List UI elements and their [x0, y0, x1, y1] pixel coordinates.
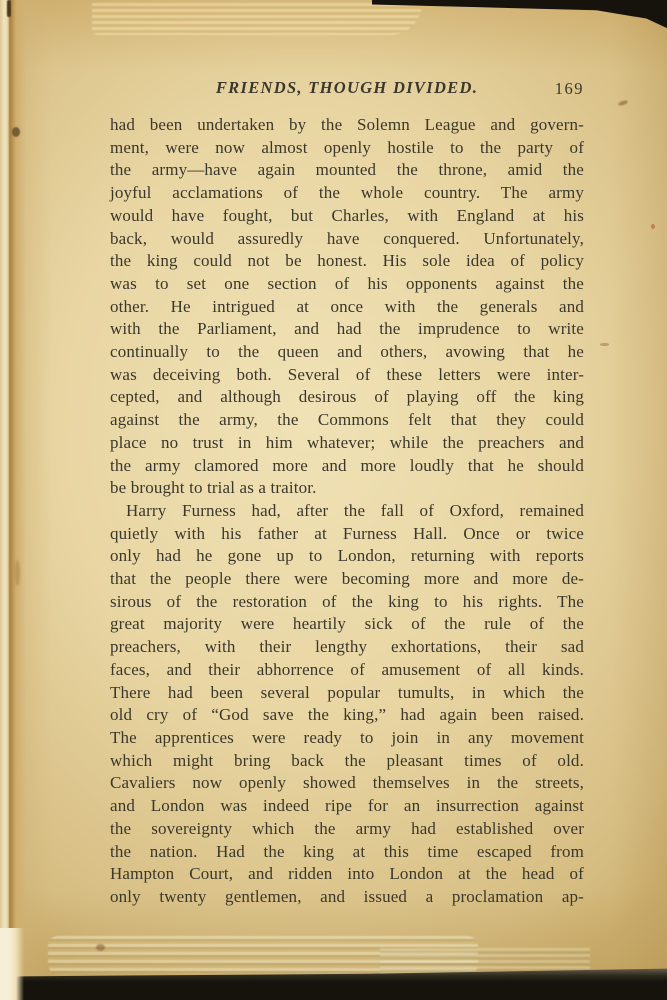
text-line: old cry of “God save the king,” had agai… [110, 704, 584, 727]
text-line: The apprentices were ready to join in an… [110, 727, 584, 750]
text-line: which might bring back the pleasant time… [110, 750, 584, 773]
text-line: quietly with his father at Furness Hall.… [110, 523, 584, 546]
text-line: faces, and their abhorrence of amusement… [110, 659, 584, 682]
text-line: be brought to trial as a traitor. [110, 477, 584, 500]
text-line: Hampton Court, and ridden into London at… [110, 863, 584, 886]
text-line: that the people there were becoming more… [110, 568, 584, 591]
binding-gutter [0, 0, 52, 1000]
under-page-corner [0, 928, 24, 1000]
text-line: the army clamored more and more loudly t… [110, 455, 584, 478]
text-line: was deceiving both. Several of these let… [110, 364, 584, 387]
paragraph: Harry Furness had, after the fall of Oxf… [110, 500, 584, 909]
running-head: FRIENDS, THOUGH DIVIDED. 169 [110, 78, 584, 100]
stacked-page-edges-bottom-right [380, 948, 590, 974]
text-line: the king could not be honest. His sole i… [110, 250, 584, 273]
text-line: place no trust in him whatever; while th… [110, 432, 584, 455]
blemish-speck [651, 224, 655, 229]
gutter-crease-line [9, 0, 11, 1000]
right-shading [611, 0, 667, 1000]
text-line: ment, were now almost openly hostile to … [110, 137, 584, 160]
blemish-speck [600, 343, 609, 346]
text-line: other. He intrigued at once with the gen… [110, 296, 584, 319]
text-line: joyful acclamations of the whole country… [110, 182, 584, 205]
book-page-scan: FRIENDS, THOUGH DIVIDED. 169 had been un… [0, 0, 667, 1000]
text-line: cepted, and although desirous of playing… [110, 386, 584, 409]
paragraph: had been undertaken by the Solemn League… [110, 114, 584, 500]
page-number: 169 [555, 79, 584, 99]
text-line: the nation. Had the king at this time es… [110, 841, 584, 864]
chapter-running-title: FRIENDS, THOUGH DIVIDED. [110, 78, 584, 98]
text-line: would have fought, but Charles, with Eng… [110, 205, 584, 228]
text-line: only had he gone up to London, returning… [110, 545, 584, 568]
text-line: Cavaliers now openly showed themselves i… [110, 772, 584, 795]
text-line: was to set one section of his opponents … [110, 273, 584, 296]
blemish-speck [618, 100, 629, 107]
text-line: There had been several popular tumults, … [110, 682, 584, 705]
text-line: sirous of the restoration of the king to… [110, 591, 584, 614]
text-line: preachers, with their lengthy exhortatio… [110, 636, 584, 659]
text-line: back, would assuredly have conquered. Un… [110, 228, 584, 251]
text-line: with the Parliament, and had the imprude… [110, 318, 584, 341]
text-line: against the army, the Commons felt that … [110, 409, 584, 432]
text-line: Harry Furness had, after the fall of Oxf… [110, 500, 584, 523]
gutter-corner-line [7, 0, 11, 17]
body-text: had been undertaken by the Solemn League… [110, 114, 584, 909]
text-line: and London was indeed ripe for an insurr… [110, 795, 584, 818]
text-line: continually to the queen and others, avo… [110, 341, 584, 364]
text-line: the sovereignty which the army had estab… [110, 818, 584, 841]
text-line: great majority were heartily sick of the… [110, 613, 584, 636]
text-line: only twenty gentlemen, and issued a proc… [110, 886, 584, 909]
stacked-page-edges-top [92, 3, 422, 35]
text-line: had been undertaken by the Solemn League… [110, 114, 584, 137]
text-line: the army—have again mounted the throne, … [110, 159, 584, 182]
